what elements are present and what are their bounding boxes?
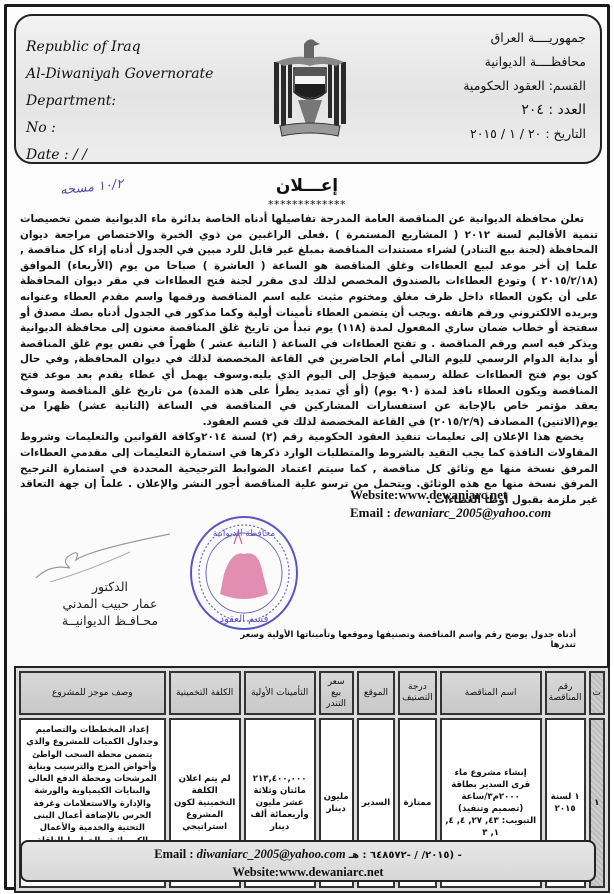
header-classification: درجة التصنيف [398, 671, 437, 715]
svg-text:محافظة الديوانية: محافظة الديوانية [213, 529, 276, 539]
contracts-department-stamp-icon: محافظة الديوانية قسم العقود [188, 514, 300, 632]
department-ar: القسم: العقود الحكومية [356, 74, 586, 98]
country-ar: جمهوريــــة العراق [356, 26, 586, 50]
letterhead-english: Republic of Iraq Al-Diwaniyah Governorat… [26, 34, 246, 169]
header-tender-name: اسم المناقصة [440, 671, 542, 715]
table-caption: أدناه جدول يوضح رقم واسم المناقصة وتصنيف… [236, 630, 576, 650]
header-doc-price: سعر بيع التندر [319, 671, 354, 715]
department-en: Department: [26, 88, 246, 115]
footer-contact-box: Email : diwaniarc_2005@yahoo.com - (٢٠١٥… [20, 840, 596, 882]
header-index: ت [589, 671, 605, 715]
email-line: Email : dewaniarc_2005@yahoo.com [350, 504, 590, 522]
header-bond: التأمينات الأولية [244, 671, 316, 715]
announcement-title: إعـــلان [0, 176, 614, 196]
number-en: No : [26, 115, 246, 142]
date-en: Date : / / [26, 142, 246, 169]
footer-line-1: Email : diwaniarc_2005@yahoo.com - (٢٠١٥… [22, 846, 594, 864]
country-en: Republic of Iraq [26, 34, 246, 61]
header-location: الموقع [357, 671, 395, 715]
letterhead-arabic: جمهوريــــة العراق محافظــــة الديوانية … [356, 26, 586, 146]
signature-block: الدكتور عمار حبيب المدني محـافـظ الديوان… [40, 578, 180, 629]
signatory-name: عمار حبيب المدني [40, 595, 180, 612]
announcement-stars-divider: ************* [0, 198, 614, 211]
footer-phone: - (٢٠١٥/ / -٦٤٨٥٧٢ : هـ [349, 850, 462, 861]
announcement-paragraph-1: تعلن محافظة الديوانية عن المناقصة العامة… [20, 212, 598, 430]
governorate-en: Al-Diwaniyah Governorate [26, 61, 246, 88]
iraq-coat-of-arms-icon [266, 36, 354, 146]
signatory-title: الدكتور [40, 578, 180, 595]
announcement-body: تعلن محافظة الديوانية عن المناقصة العامة… [20, 212, 598, 508]
table-header-row: ت رقم المناقصة اسم المناقصة درجة التصنيف… [19, 671, 605, 715]
letterhead: Republic of Iraq Al-Diwaniyah Governorat… [14, 14, 602, 164]
header-estimated-cost: الكلفة التخمينية [169, 671, 241, 715]
header-tender-no: رقم المناقصة [545, 671, 586, 715]
date-ar: التاريخ : ٢٠ / ١ / ٢٠١٥ [356, 122, 586, 146]
footer-email-link[interactable]: diwaniarc_2005@yahoo.com [197, 847, 346, 861]
header-description: وصف موجز للمشروع [19, 671, 166, 715]
announcement-contact: Website:www.dewaniarc.net Email : dewani… [350, 486, 590, 522]
email-label: Email : [350, 505, 394, 520]
svg-text:قسم العقود: قسم العقود [220, 614, 269, 625]
footer-website-link[interactable]: Website:www.dewaniarc.net [22, 864, 594, 881]
footer-email-label: Email : [154, 847, 196, 861]
number-ar: العدد : ٢٠٤ [356, 98, 586, 122]
signatory-position: محـافـظ الديوانيــة [40, 612, 180, 629]
governorate-ar: محافظــــة الديوانية [356, 50, 586, 74]
email-link[interactable]: dewaniarc_2005@yahoo.com [394, 505, 551, 520]
website-link[interactable]: Website:www.dewaniarc.net [350, 486, 590, 504]
